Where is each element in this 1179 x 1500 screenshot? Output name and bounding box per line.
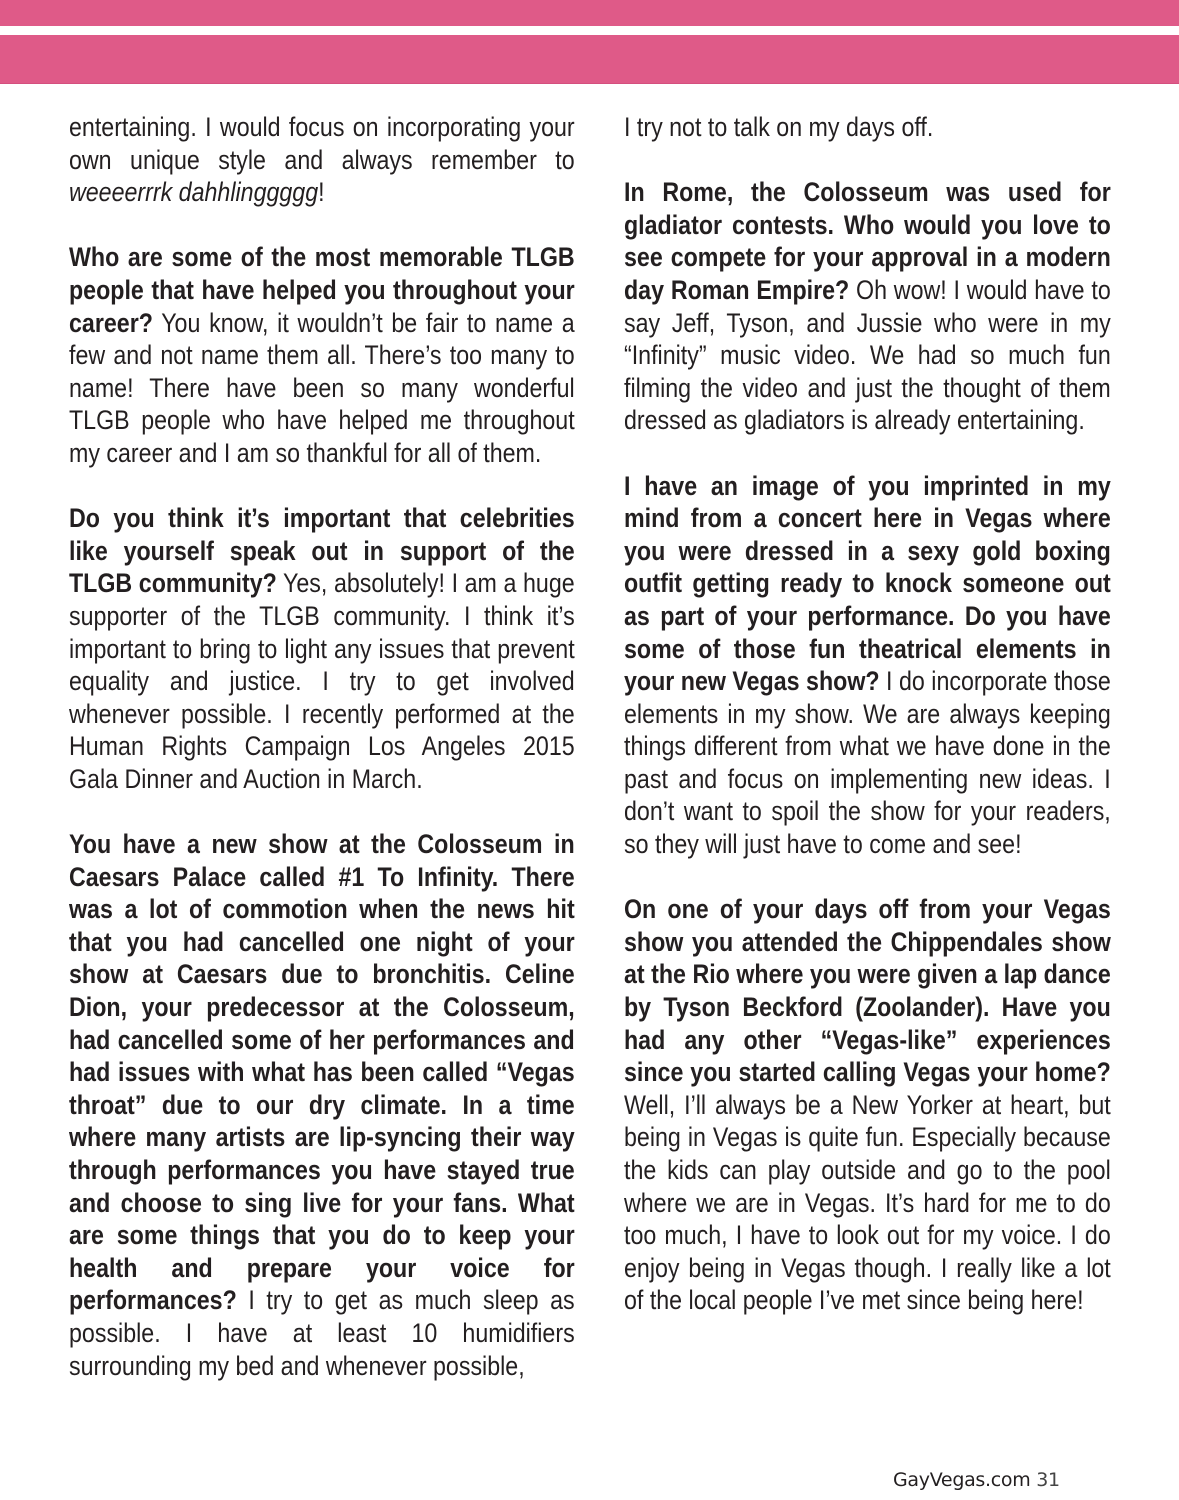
qa-paragraph: Do you think it’s important that celebri…	[69, 502, 575, 795]
qa-paragraph: I have an image of you imprinted in my m…	[624, 470, 1111, 861]
page-footer: GayVegas.com 31	[893, 1469, 1060, 1491]
question: You have a new show at the Colosseum in …	[69, 829, 575, 1315]
intro-paragraph: entertaining. I would focus on incorpora…	[69, 111, 575, 209]
question: I have an image of you imprinted in my m…	[624, 471, 1111, 697]
page-number: 31	[1036, 1469, 1060, 1491]
qa-paragraph: On one of your days off from your Vegas …	[624, 893, 1111, 1317]
intro-italic: weeeerrrk dahhlinggggg	[69, 177, 318, 207]
qa-paragraph: Who are some of the most memorable TLGB …	[69, 241, 575, 469]
continuation-paragraph: I try not to talk on my days off.	[624, 111, 1111, 144]
question: On one of your days off from your Vegas …	[624, 894, 1111, 1087]
header-stripe	[0, 26, 1179, 35]
qa-paragraph: In Rome, the Colosseum was used for glad…	[624, 176, 1111, 437]
answer: Well, I’ll always be a New Yorker at hea…	[624, 1090, 1111, 1316]
right-column: I try not to talk on my days off. In Rom…	[624, 111, 1111, 1350]
header-band-top	[0, 0, 1179, 26]
intro-text-end: !	[318, 177, 324, 207]
answer: Yes, absolutely! I am a huge supporter o…	[69, 568, 575, 794]
qa-paragraph: You have a new show at the Colosseum in …	[69, 828, 575, 1382]
left-column: entertaining. I would focus on incorpora…	[69, 111, 575, 1415]
intro-text: entertaining. I would focus on incorpora…	[69, 112, 575, 175]
footer-site: GayVegas.com	[893, 1469, 1030, 1491]
header-band-main	[0, 35, 1179, 84]
